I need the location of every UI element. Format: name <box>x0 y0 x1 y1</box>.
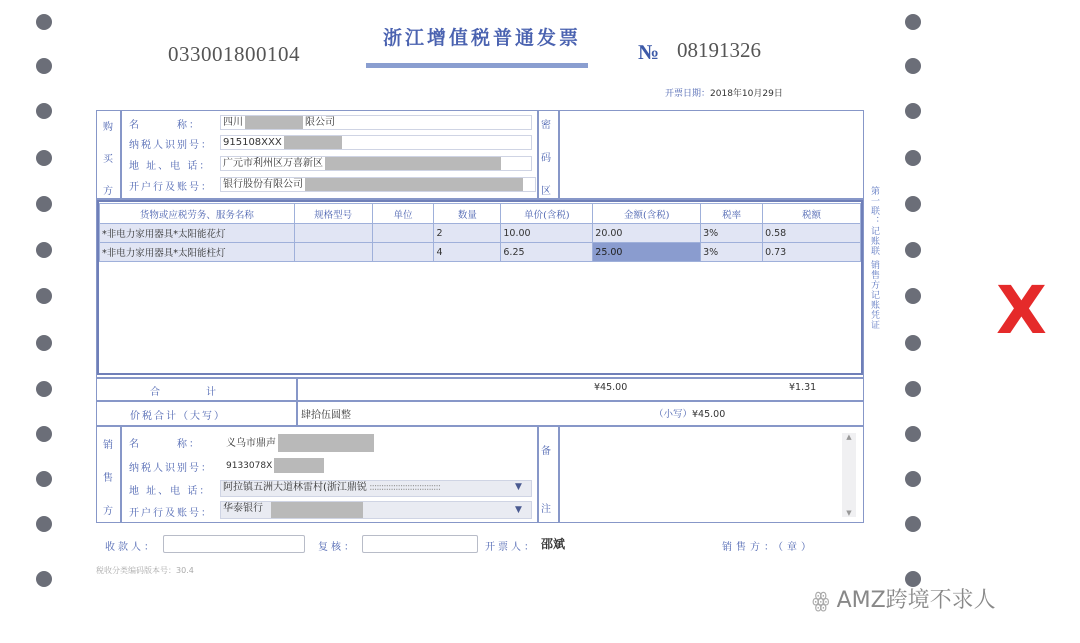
column-header: 税额 <box>763 204 861 224</box>
issuer-label: 开票人： <box>485 538 537 553</box>
capital-label: 价税合计（大写） <box>130 407 226 422</box>
seller-side-3: 方 <box>103 502 113 517</box>
buyer-taxid-label: 纳税人识别号： <box>129 136 213 151</box>
table-cell[interactable] <box>294 243 372 262</box>
chevron-down-icon[interactable]: ▼ <box>515 482 522 492</box>
buyer-name-field[interactable]: 四川限公司 <box>220 115 532 130</box>
perforation-hole <box>905 426 921 442</box>
perforation-hole <box>36 426 52 442</box>
seller-bank-label: 开户行及账号： <box>129 504 213 519</box>
buyer-name-label: 名 称： <box>129 116 201 131</box>
pwd-side-1: 密 <box>541 116 551 131</box>
perforation-hole <box>905 14 921 30</box>
perforation-hole <box>36 103 52 119</box>
remarks-side-2: 注 <box>541 500 551 515</box>
column-header: 金额(含税) <box>593 204 701 224</box>
perforation-hole <box>36 150 52 166</box>
perforation-hole <box>36 381 52 397</box>
seller-address-dropdown[interactable]: 阿拉镇五洲大道林雷村(浙江鼎锐 ::::::::::::::::::::::::… <box>220 480 532 497</box>
perforation-hole <box>36 571 52 587</box>
seller-side-2: 售 <box>103 469 113 484</box>
column-header: 规格型号 <box>294 204 372 224</box>
perforation-hole <box>905 58 921 74</box>
scroll-up-icon[interactable]: ▲ <box>842 433 856 441</box>
table-cell[interactable]: 20.00 <box>593 224 701 243</box>
table-cell[interactable] <box>294 224 372 243</box>
scroll-down-icon[interactable]: ▼ <box>842 509 856 517</box>
seller-address-label: 地 址、电 话： <box>129 482 211 497</box>
perforation-hole <box>905 471 921 487</box>
column-header: 货物或应税劳务、服务名称 <box>100 204 295 224</box>
remarks-scrollbar[interactable]: ▲ ▼ <box>842 433 856 517</box>
perforation-hole <box>905 516 921 532</box>
remarks-side-1: 备 <box>541 442 551 457</box>
table-cell[interactable]: 3% <box>701 243 763 262</box>
seller-side-1: 销 <box>103 436 113 451</box>
buyer-address-field[interactable]: 广元市利州区万喜新区 <box>220 156 532 171</box>
reviewer-input[interactable] <box>362 535 478 553</box>
invoice-number: 08191326 <box>677 38 761 63</box>
seller-taxid-label: 纳税人识别号： <box>129 459 213 474</box>
perforation-hole <box>36 516 52 532</box>
table-cell[interactable]: 3% <box>701 224 763 243</box>
perforation-hole <box>36 471 52 487</box>
date-value: 2018年10月29日 <box>710 89 783 99</box>
perforation-hole <box>905 242 921 258</box>
amount-total: ¥45.00 <box>594 382 627 393</box>
buyer-address-label: 地 址、电 话： <box>129 157 211 172</box>
perforation-hole <box>36 58 52 74</box>
invoice-date: 开票日期：2018年10月29日 <box>665 86 783 99</box>
wrong-mark: X <box>996 278 1047 344</box>
items-table: 货物或应税劳务、服务名称规格型号单位数量单价(含税)金额(含税)税率税额 *非电… <box>99 203 861 262</box>
number-symbol: № <box>638 40 659 65</box>
payee-label: 收款人： <box>105 538 157 553</box>
pwd-side-3: 区 <box>541 182 551 197</box>
table-cell[interactable]: 25.00 <box>593 243 701 262</box>
table-cell[interactable] <box>372 224 434 243</box>
tax-code-version: 税收分类编码版本号：30.4 <box>96 565 194 576</box>
capital-value: 肆拾伍圆整 <box>301 406 351 421</box>
table-cell[interactable] <box>372 243 434 262</box>
perforation-hole <box>905 381 921 397</box>
table-cell[interactable]: *非电力家用器具*太阳能花灯 <box>100 224 295 243</box>
column-header: 单价(含税) <box>501 204 593 224</box>
seller-taxid-value: 9133078X <box>226 458 324 473</box>
buyer-bank-label: 开户行及账号： <box>129 178 213 193</box>
seller-stamp-label: 销售方：（章） <box>722 538 815 553</box>
column-header: 数量 <box>434 204 501 224</box>
password-area <box>560 112 862 197</box>
column-header: 单位 <box>372 204 434 224</box>
table-cell[interactable]: 0.73 <box>763 243 861 262</box>
date-label: 开票日期： <box>665 89 710 99</box>
perforation-hole <box>36 335 52 351</box>
table-cell[interactable]: 4 <box>434 243 501 262</box>
tax-total: ¥1.31 <box>789 382 816 393</box>
table-cell[interactable]: *非电力家用器具*太阳能柱灯 <box>100 243 295 262</box>
watermark: ꙮ AMZ跨境不求人 <box>812 583 996 614</box>
remarks-textarea[interactable] <box>560 427 862 521</box>
pwd-side-2: 码 <box>541 149 551 164</box>
chevron-down-icon[interactable]: ▼ <box>515 505 522 515</box>
total-label: 合 计 <box>150 383 220 398</box>
wechat-icon: ꙮ <box>812 588 830 612</box>
invoice-code: 033001800104 <box>168 42 300 67</box>
table-row: *非电力家用器具*太阳能柱灯46.2525.003%0.73 <box>100 243 861 262</box>
perforation-hole <box>36 196 52 212</box>
payee-input[interactable] <box>163 535 305 553</box>
buyer-side-2: 买 <box>103 150 113 165</box>
perforation-hole <box>905 288 921 304</box>
table-cell[interactable]: 0.58 <box>763 224 861 243</box>
buyer-taxid-field[interactable]: 915108XXX <box>220 135 532 150</box>
seller-bank-dropdown[interactable]: 华泰银行 <box>220 501 532 519</box>
perforation-hole <box>905 150 921 166</box>
perforation-hole <box>36 14 52 30</box>
perforation-hole <box>905 103 921 119</box>
buyer-bank-field[interactable]: 银行股份有限公司 <box>220 177 536 192</box>
issuer-value: 邵斌 <box>541 535 565 552</box>
perforation-hole <box>905 196 921 212</box>
seller-name-value: 义乌市鼎声 <box>226 434 374 452</box>
copy-note: 第一联：记账联 销售方记账凭证 <box>868 186 881 386</box>
reviewer-label: 复核： <box>318 538 357 553</box>
small-amount: （小写）¥45.00 <box>654 406 725 420</box>
buyer-side-1: 购 <box>103 118 113 133</box>
seller-name-label: 名 称： <box>129 435 201 450</box>
buyer-side-3: 方 <box>103 182 113 197</box>
table-row: *非电力家用器具*太阳能花灯210.0020.003%0.58 <box>100 224 861 243</box>
table-cell[interactable]: 6.25 <box>501 243 593 262</box>
table-cell[interactable]: 2 <box>434 224 501 243</box>
table-cell[interactable]: 10.00 <box>501 224 593 243</box>
perforation-hole <box>36 288 52 304</box>
column-header: 税率 <box>701 204 763 224</box>
perforation-hole <box>905 335 921 351</box>
perforation-hole <box>36 242 52 258</box>
invoice-title: 浙江增值税普通发票 <box>383 23 581 50</box>
title-underline <box>366 63 588 68</box>
